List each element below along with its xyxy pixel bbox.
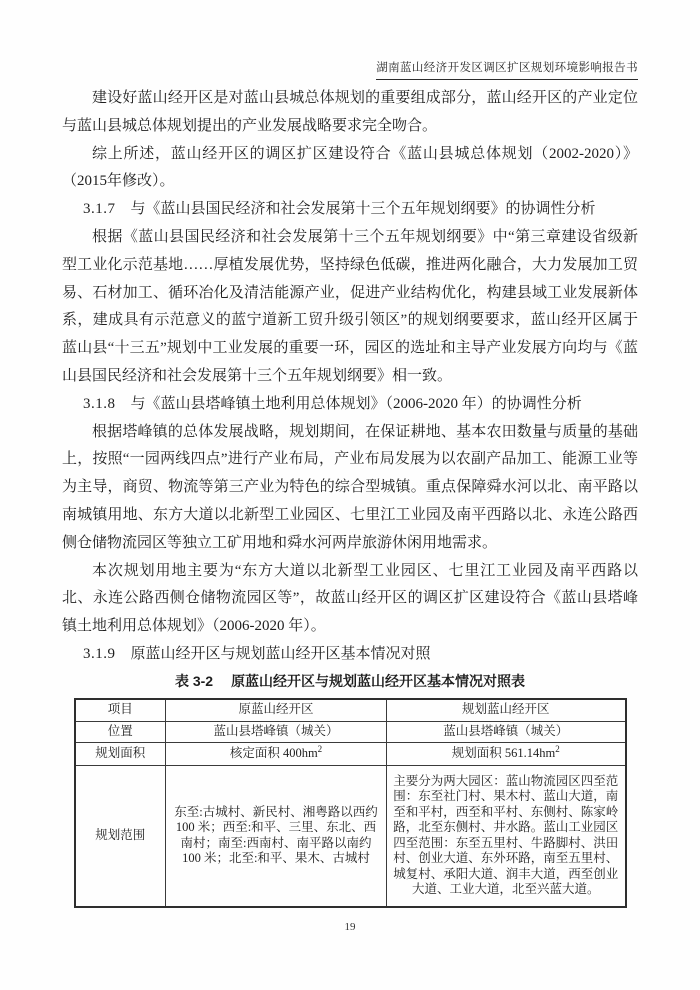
paragraph-3-1-7: 根据《蓝山县国民经济和社会发展第十三个五年规划纲要》中“第三章建设省级新型工业化… xyxy=(62,224,638,391)
cell-location-planned: 蓝山县塔峰镇（城关） xyxy=(387,721,626,742)
section-number-3-1-8: 3.1.8 xyxy=(83,391,116,419)
section-number-3-1-7: 3.1.7 xyxy=(83,196,116,224)
page-header: 湖南蓝山经济开发区调区扩区规划环境影响报告书 xyxy=(376,58,638,80)
section-title-3-1-9: 原蓝山经开区与规划蓝山经开区基本情况对照 xyxy=(131,646,431,662)
cell-scope-planned: 主要分为两大园区：蓝山物流园区四至范围：东至社门村、果木村、蓝山大道，南至和平村… xyxy=(387,765,626,907)
col-header-planned-zone: 规划蓝山经开区 xyxy=(387,699,626,722)
cell-location-original: 蓝山县塔峰镇（城关） xyxy=(166,721,387,742)
document-page: 湖南蓝山经济开发区调区扩区规划环境影响报告书 建设好蓝山经开区是对蓝山县城总体规… xyxy=(0,0,700,990)
cell-area-planned: 规划面积 561.14hm2 xyxy=(387,742,626,765)
section-title-3-1-8: 与《蓝山县塔峰镇土地利用总体规划》（2006-2020 年）的协调性分析 xyxy=(131,396,582,412)
section-heading-3-1-8: 3.1.8与《蓝山县塔峰镇土地利用总体规划》（2006-2020 年）的协调性分… xyxy=(62,391,638,419)
area-original-value: 核定面积 400hm xyxy=(230,746,318,760)
paragraph-intro-2: 综上所述，蓝山经开区的调区扩区建设符合《蓝山县城总体规划（2002-2020）》… xyxy=(62,141,638,197)
paragraph-intro-1: 建设好蓝山经开区是对蓝山县城总体规划的重要组成部分，蓝山经开区的产业定位与蓝山县… xyxy=(62,85,638,141)
table-row-location: 位置 蓝山县塔峰镇（城关） 蓝山县塔峰镇（城关） xyxy=(75,721,626,742)
row-label-location: 位置 xyxy=(75,721,166,742)
section-heading-3-1-7: 3.1.7与《蓝山县国民经济和社会发展第十三个五年规划纲要》的协调性分析 xyxy=(62,196,638,224)
area-planned-value: 规划面积 561.14hm xyxy=(452,746,555,760)
paragraph-3-1-8-a: 根据塔峰镇的总体发展战略，规划期间，在保证耕地、基本农田数量与质量的基础上，按照… xyxy=(62,419,638,558)
page-number: 19 xyxy=(0,921,700,933)
row-label-area: 规划面积 xyxy=(75,742,166,765)
section-heading-3-1-9: 3.1.9原蓝山经开区与规划蓝山经开区基本情况对照 xyxy=(62,641,638,669)
table-row-scope: 规划范围 东至:古城村、新民村、湘粤路以西约 100 米；西至:和平、三里、东北… xyxy=(75,765,626,907)
area-planned-superscript: 2 xyxy=(555,744,560,754)
cell-area-original: 核定面积 400hm2 xyxy=(166,742,387,765)
area-original-superscript: 2 xyxy=(318,744,323,754)
section-title-3-1-7: 与《蓝山县国民经济和社会发展第十三个五年规划纲要》的协调性分析 xyxy=(131,201,596,217)
header-title: 湖南蓝山经济开发区调区扩区规划环境影响报告书 xyxy=(376,59,638,80)
section-number-3-1-9: 3.1.9 xyxy=(83,641,116,669)
col-header-item: 项目 xyxy=(75,699,166,722)
table-caption-title: 原蓝山经开区与规划蓝山经开区基本情况对照表 xyxy=(231,673,525,689)
comparison-table: 项目 原蓝山经开区 规划蓝山经开区 位置 蓝山县塔峰镇（城关） 蓝山县塔峰镇（城… xyxy=(74,698,627,908)
table-caption-label: 表 3-2 xyxy=(175,673,213,689)
table-row-area: 规划面积 核定面积 400hm2 规划面积 561.14hm2 xyxy=(75,742,626,765)
table-caption: 表 3-2原蓝山经开区与规划蓝山经开区基本情况对照表 xyxy=(62,671,638,692)
document-body: 建设好蓝山经开区是对蓝山县城总体规划的重要组成部分，蓝山经开区的产业定位与蓝山县… xyxy=(62,85,638,908)
cell-scope-original: 东至:古城村、新民村、湘粤路以西约 100 米；西至:和平、三里、东北、西南村；… xyxy=(166,765,387,907)
table-header-row: 项目 原蓝山经开区 规划蓝山经开区 xyxy=(75,699,626,722)
paragraph-3-1-8-b: 本次规划用地主要为“东方大道以北新型工业园区、七里江工业园及南平西路以北、永连公… xyxy=(62,558,638,641)
col-header-original-zone: 原蓝山经开区 xyxy=(166,699,387,722)
row-label-scope: 规划范围 xyxy=(75,765,166,907)
